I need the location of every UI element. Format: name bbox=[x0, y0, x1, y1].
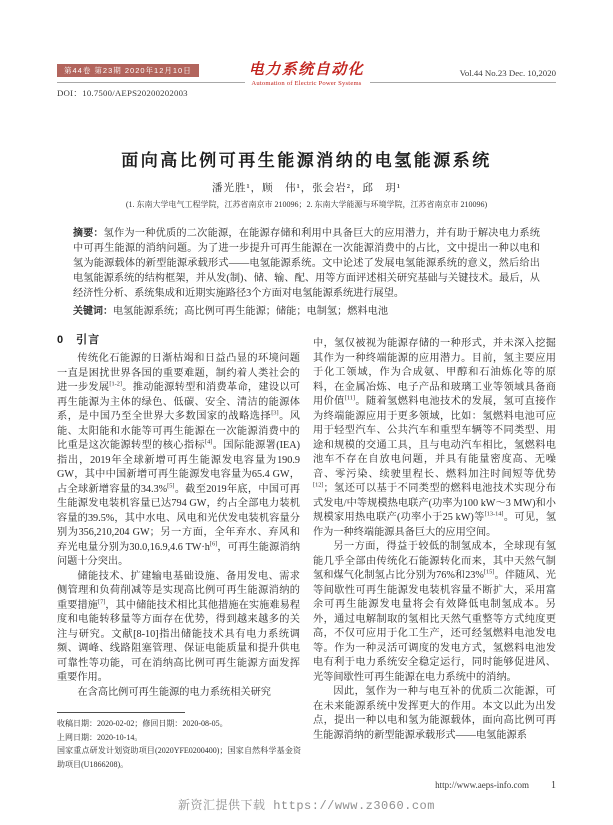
footnote-block: 收稿日期：2020-02-02；修回日期：2020-08-05。 上网日期：20… bbox=[57, 717, 301, 771]
funding-note: 国家重点研发计划资助项目(2020YFE0200400)；国家自然科学基金资助项… bbox=[57, 744, 301, 771]
affiliation-line: (1. 东南大学电气工程学院，江苏省南京市 210096；2. 东南大学能源与环… bbox=[0, 199, 613, 210]
abstract-paragraph: 摘要：氢作为一种优质的二次能源，在能源存储和利用中具备巨大的应用潜力，并有助于解… bbox=[73, 226, 540, 301]
right-column: 中，氢仅被视为能源存储的一种形式，并未深入挖掘其作为一种终端能源的应用潜力。目前… bbox=[313, 337, 556, 743]
left-column: 传统化石能源的日渐枯竭和日益凸显的环境问题一直是困扰世界各国的重要难题，制约着人… bbox=[57, 352, 300, 700]
article-title: 面向高比例可再生能源消纳的电氢能源系统 bbox=[0, 146, 613, 171]
issue-badge: 第44卷 第23期 2020年12月10日 bbox=[57, 64, 199, 77]
download-watermark: 新资汇提供下载 https://www.z3060.com bbox=[178, 796, 435, 813]
abstract-text: 氢作为一种优质的二次能源，在能源存储和利用中具备巨大的应用潜力，并有助于解决电力… bbox=[73, 228, 540, 299]
keywords-text: 电氢能源系统；高比例可再生能源；储能；电制氢；燃料电池 bbox=[113, 306, 388, 317]
section-0-heading: 0 引言 bbox=[57, 331, 100, 347]
footnote-rule bbox=[57, 712, 185, 713]
journal-page: 第44卷 第23期 2020年12月10日 DOI：10.7500/AEPS20… bbox=[0, 0, 613, 825]
volume-info: Vol.44 No.23 Dec. 10,2020 bbox=[460, 68, 556, 78]
received-date: 收稿日期：2020-02-02；修回日期：2020-08-05。 bbox=[57, 717, 301, 731]
header-rule-left bbox=[57, 82, 245, 83]
journal-url: http://www.aeps-info.com bbox=[435, 780, 529, 790]
author-line: 潘光胜¹，顾 伟¹，张会岩²，邱 玥¹ bbox=[0, 180, 613, 195]
body-paragraph: 另一方面，得益于较低的制氢成本，全球现有氢能几乎全部由传统化石能源转化而来，其中… bbox=[313, 540, 556, 685]
journal-name-cn: 电力系统自动化 bbox=[249, 62, 365, 79]
journal-logo: 电力系统自动化 Automation of Electric Power Sys… bbox=[249, 62, 365, 88]
keywords-label: 关键词： bbox=[73, 306, 113, 317]
body-paragraph: 传统化石能源的日渐枯竭和日益凸显的环境问题一直是困扰世界各国的重要难题，制约着人… bbox=[57, 352, 300, 570]
keywords-line: 关键词：电氢能源系统；高比例可再生能源；储能；电制氢；燃料电池 bbox=[73, 304, 540, 319]
body-paragraph: 在含高比例可再生能源的电力系统相关研究 bbox=[57, 686, 300, 701]
doi-text: DOI：10.7500/AEPS20200202003 bbox=[57, 86, 188, 99]
page-number: 1 bbox=[551, 780, 556, 791]
journal-name-en: Automation of Electric Power Systems bbox=[249, 79, 365, 88]
header-rule-right bbox=[370, 82, 556, 83]
abstract-block: 摘要：氢作为一种优质的二次能源，在能源存储和利用中具备巨大的应用潜力，并有助于解… bbox=[73, 226, 540, 319]
body-paragraph: 中，氢仅被视为能源存储的一种形式，并未深入挖掘其作为一种终端能源的应用潜力。目前… bbox=[313, 337, 556, 540]
page-footer: http://www.aeps-info.com 1 bbox=[435, 780, 556, 791]
abstract-label: 摘要： bbox=[73, 228, 104, 239]
body-paragraph: 因此，氢作为一种与电互补的优质二次能源，可在未来能源系统中发挥更大的作用。本文以… bbox=[313, 685, 556, 743]
body-paragraph: 储能技术、扩建输电基础设施、备用发电、需求侧管理和负荷削减等是实现高比例可再生能… bbox=[57, 570, 300, 686]
online-date: 上网日期：2020-10-14。 bbox=[57, 731, 301, 745]
